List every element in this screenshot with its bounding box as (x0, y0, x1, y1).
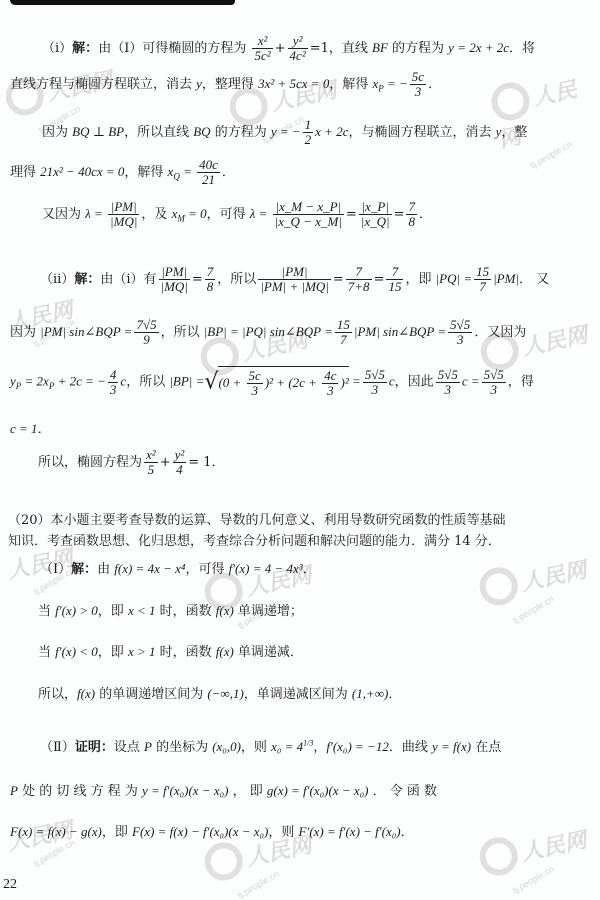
denominator: 5 (144, 463, 158, 477)
denominator: 8 (205, 280, 216, 294)
text: ．将 (509, 41, 535, 56)
math: f′(x₀) = −12 (326, 739, 388, 754)
operator: = (374, 272, 385, 287)
numerator: 15 (474, 265, 491, 280)
text: ．曲线 (389, 740, 432, 755)
watermark-circle-icon (476, 834, 521, 879)
denominator: 3 (448, 333, 472, 347)
math: BQ (193, 124, 210, 139)
fraction: 43 (108, 368, 119, 397)
problem-20-part-I-line-2: 当 f′(x) > 0，即 x < 1 时，函数 f(x) 单调递增； (38, 600, 303, 619)
problem-20-part-I-line-3: 当 f′(x) < 0，即 x > 1 时，函数 f(x) 单调递减． (38, 641, 303, 660)
subscript: M (177, 214, 185, 224)
text: 因为 (42, 125, 72, 140)
fraction: 78 (205, 265, 216, 294)
numerator: 7√5 (134, 318, 158, 333)
solution-ii-line-1: （ii）解：由（i）有|PM||MQ|=78，所以|PM||PM| + |MQ|… (40, 265, 549, 294)
problem-20-intro-line-1: （20）本小题主要考查导数的运算、导数的几何意义、利用导数研究函数的性质等基础 (8, 509, 506, 528)
watermark-logo: 人民网tj.people.cn (476, 819, 592, 888)
text: 直线方程与椭圆方程联立，消去 (10, 77, 196, 92)
math: = (349, 374, 361, 389)
math: λ = (85, 206, 106, 221)
text: ，整 (501, 125, 527, 140)
numerator: |PM| (159, 265, 190, 280)
math: P (144, 739, 152, 754)
numerator: 5√5 (363, 368, 387, 383)
denominator: 9 (134, 333, 158, 347)
math: BQ ⊥ BP (72, 124, 124, 139)
numerator: 7 (386, 265, 403, 280)
fraction: 715 (386, 265, 403, 294)
math: BF (372, 40, 388, 55)
math: = 2x (21, 374, 49, 389)
text: ，解得 (124, 165, 167, 180)
text: 的坐标为 (152, 740, 212, 755)
text: 由 (97, 562, 114, 577)
numerator: 15 (335, 318, 352, 333)
solution-i-line-4: 理得 21x² − 40cx = 0，解得 xQ = 40c21． (10, 158, 235, 187)
denominator: 7 (474, 280, 491, 294)
text: ，得 (508, 375, 534, 390)
fraction: 5c3 (410, 70, 426, 99)
operator: = (346, 207, 357, 222)
math: c = (462, 374, 480, 389)
text: 的方程为 (388, 41, 448, 56)
fraction: 12 (303, 118, 314, 147)
fraction: 5c3 (247, 369, 263, 398)
text: ， (313, 740, 326, 755)
math: |PQ| = (436, 271, 473, 286)
fraction: |PM||MQ| (108, 200, 139, 229)
math: f(x) (216, 644, 234, 659)
fraction: y²4 (173, 448, 187, 477)
problem-20-intro-line-2: 知识．考查函数思想、化归思想，考查综合分析问题和解决问题的能力．满分 14 分． (8, 530, 501, 549)
problem-20-part-II-line-2: P 处 的 切 线 方 程 为 y = f′(x₀)(x − x₀) ， 即 g… (10, 780, 437, 799)
watermark-circle-icon (201, 839, 246, 884)
math: f(x) = 4x − x⁴ (114, 561, 185, 576)
text: ，即 (98, 604, 128, 619)
text: 设点 (114, 740, 144, 755)
math: P (10, 783, 18, 798)
numerator: |x_M − x_P| (273, 200, 344, 215)
denominator: 3 (247, 384, 263, 398)
part-label: （i） (42, 41, 72, 56)
text: ，单调递减区间为 (244, 687, 352, 702)
math: f(x) (216, 603, 234, 618)
text: ，与椭圆方程联立，消去 (348, 125, 495, 140)
math: )² (340, 375, 348, 390)
text: ． (303, 562, 316, 577)
denominator: |MQ| (159, 280, 190, 294)
problem-20-part-II-line-3: F(x) = f(x) − g(x)，即 F(x) = f(x) − f′(x₀… (10, 821, 414, 840)
fraction: 77+8 (346, 265, 372, 294)
fraction: 78 (406, 200, 417, 229)
numerator: 4 (108, 368, 119, 383)
math: |PM| sin∠BQP = (354, 324, 446, 339)
math: (x₀,0) (212, 739, 241, 754)
numerator: |PM| (258, 265, 331, 280)
denominator: |MQ| (108, 215, 139, 229)
denominator: 5c² (252, 49, 272, 63)
fraction: |PM||PM| + |MQ| (258, 265, 331, 294)
numerator: y² (288, 34, 308, 49)
denominator: 3 (436, 383, 460, 397)
math: |PM| sin∠BQP = (40, 324, 132, 339)
denominator: 21 (197, 173, 220, 187)
text: 单调递减． (234, 645, 303, 660)
solution-i-line-5: 又因为 λ = |PM||MQ|，及 xM = 0，可得 λ = |x_M − … (42, 200, 432, 229)
math: f′(x) < 0 (55, 644, 98, 659)
text: ，所以 (126, 375, 169, 390)
solution-label: 解： (72, 41, 98, 56)
watermark-logo: 人民网tj.people.cn (476, 549, 592, 618)
problem-20-part-I-line-1: （Ⅰ）解：由 f(x) = 4x − x⁴，可得 f′(x) = 4 − 4x³… (40, 558, 316, 577)
text: 时，函数 (155, 645, 215, 660)
text: ，整理得 (202, 77, 258, 92)
math: = 0 (185, 206, 207, 221)
text: ，所以直线 (124, 125, 193, 140)
text: 时，函数 (155, 604, 215, 619)
text: ． (388, 687, 401, 702)
numerator: x² (252, 34, 272, 49)
fraction: |PM||MQ| (159, 265, 190, 294)
fraction: x²5 (144, 448, 158, 477)
math: |BP| = |PQ| sin∠BQP = (204, 324, 333, 339)
part-label: （Ⅰ） (40, 562, 71, 577)
text: 单调递增； (234, 604, 303, 619)
solution-i-line-3: 因为 BQ ⊥ BP，所以直线 BQ 的方程为 y = −12x + 2c，与椭… (42, 118, 527, 147)
solution-ii-line-3: yP = 2xP + 2c = −43c，所以 |BP| =√(0 + 5c3)… (10, 366, 534, 398)
math: y = − (271, 124, 301, 139)
denominator: 7 (335, 333, 352, 347)
numerator: 5√5 (448, 318, 472, 333)
operator: + (275, 41, 286, 56)
numerator: |PM| (108, 200, 139, 215)
text: ． (401, 825, 414, 840)
denominator: 3 (482, 383, 506, 397)
math: |BP| = (169, 374, 204, 389)
math: + 2c = − (54, 374, 106, 389)
text: 由（Ⅰ）可得椭圆的方程为 (98, 41, 246, 56)
numerator: 1 (303, 118, 314, 133)
denominator: |x_Q| (359, 215, 392, 229)
fraction: 5√53 (363, 368, 387, 397)
math: x > 1 (128, 644, 156, 659)
text: ， 即 (228, 784, 266, 799)
fraction: 5√53 (436, 368, 460, 397)
fraction: 40c21 (197, 158, 220, 187)
math: 3x² + 5cx = 0 (258, 76, 329, 91)
numerator: y² (173, 448, 187, 463)
text: ． 令 函 数 (368, 784, 437, 799)
denominator: 3 (410, 85, 426, 99)
text: ，可得 (185, 562, 228, 577)
fraction: y²4c² (288, 34, 308, 63)
denominator: 3 (322, 384, 338, 398)
numerator: 5c (410, 70, 426, 85)
math: F′(x) = f′(x) − f′(x₀) (299, 824, 401, 839)
fraction: |x_M − x_P||x_Q − x_M| (273, 200, 344, 229)
text: 理得 (10, 165, 40, 180)
text: ，所以 (161, 325, 204, 340)
math: (−∞,1) (207, 686, 243, 701)
math: = (180, 164, 195, 179)
fraction: 5√53 (482, 368, 506, 397)
math: y = 2x + 2c (448, 40, 509, 55)
text: 的方程为 (211, 125, 271, 140)
text: ． (222, 165, 235, 180)
solution-i-line-1: （i）解：由（Ⅰ）可得椭圆的方程为 x²5c²+y²4c²=1，直线 BF 的方… (42, 34, 535, 63)
denominator: 7+8 (346, 280, 372, 294)
text: ，则 (268, 825, 298, 840)
text: 当 (38, 604, 55, 619)
math: x < 1 (128, 603, 156, 618)
math: x₀ = 4 (271, 739, 303, 754)
sqrt-icon: √ (204, 370, 218, 395)
denominator: 8 (406, 215, 417, 229)
denominator: 15 (386, 280, 403, 294)
fraction: |x_P||x_Q| (359, 200, 392, 229)
exponent: 1/3 (303, 739, 313, 748)
fraction: 7√59 (134, 318, 158, 347)
numerator: |x_P| (359, 200, 392, 215)
math: )² + (2c + (265, 375, 320, 390)
part-label: （ii） (40, 272, 74, 287)
math: (0 + (218, 375, 244, 390)
text: 由（i）有 (100, 272, 156, 287)
radicand: (0 + 5c3)² + (2c + 4c3)² (218, 366, 348, 398)
numerator: 5√5 (482, 368, 506, 383)
text: ． (419, 207, 432, 222)
operator: + (160, 455, 171, 470)
numerator: 5c (247, 369, 263, 384)
text: ，可得 (207, 207, 250, 222)
numerator: 7 (205, 265, 216, 280)
problem-20-part-I-line-4: 所以，f(x) 的单调递增区间为 (−∞,1)，单调递减区间为 (1,+∞)． (38, 683, 401, 702)
operator: = (394, 207, 405, 222)
denominator: 3 (363, 383, 387, 397)
math: g(x) = f′(x₀)(x − x₀) (267, 783, 369, 798)
part-label: （Ⅱ） (40, 740, 75, 755)
math: y = f′(x₀)(x − x₀) (142, 783, 228, 798)
numerator: 5√5 (436, 368, 460, 383)
watermark-logo: 人民网tj.people.cn (488, 65, 600, 164)
denominator: 2 (303, 133, 314, 147)
text: ，所以 (217, 272, 256, 287)
math: (1,+∞) (352, 686, 388, 701)
text: 在点 (471, 740, 501, 755)
watermark-circle-icon (476, 564, 521, 609)
denominator: 4c² (288, 49, 308, 63)
text: 处 的 切 线 方 程 为 (18, 784, 142, 799)
text: 又因为 (42, 207, 85, 222)
numerator: 7 (346, 265, 372, 280)
math: f(x) (77, 686, 95, 701)
denominator: |x_Q − x_M| (273, 215, 344, 229)
text: = 1． (188, 455, 224, 470)
text: =1，直线 (310, 41, 372, 56)
text: ，则 (241, 740, 271, 755)
proof-label: 证明： (75, 740, 114, 755)
fraction: 157 (474, 265, 491, 294)
operator: = (192, 272, 203, 287)
math: F(x) = f(x) − g(x) (10, 824, 102, 839)
math: λ = (250, 206, 271, 221)
operator: = (333, 272, 344, 287)
math: f′(x) = 4 − 4x³ (229, 561, 303, 576)
text: ，即 (102, 825, 132, 840)
fraction: 157 (335, 318, 352, 347)
numerator: 4c (322, 369, 338, 384)
math: F(x) = f(x) − f′(x₀)(x − x₀) (132, 824, 268, 839)
problem-20-part-II-line-1: （Ⅱ）证明：设点 P 的坐标为 (x₀,0)，则 x₀ = 41/3，f′(x₀… (40, 736, 501, 755)
numerator: 7 (406, 200, 417, 215)
text: 的单调递增区间为 (95, 687, 207, 702)
solution-i-line-2: 直线方程与椭圆方程联立，消去 y，整理得 3x² + 5cx = 0，解得 xP… (10, 70, 441, 99)
text: ，及 (141, 207, 171, 222)
solution-ii-line-4: c = 1． (10, 418, 51, 437)
math: |PM| (493, 271, 519, 286)
page-number: 22 (3, 877, 17, 893)
text: ，因此 (395, 375, 434, 390)
text: 所以， (38, 687, 77, 702)
text: 当 (38, 645, 55, 660)
fraction: 4c3 (322, 369, 338, 398)
text: 因为 (10, 325, 40, 340)
denominator: |PM| + |MQ| (258, 280, 331, 294)
math: y = f(x) (432, 739, 471, 754)
denominator: 3 (108, 383, 119, 397)
text: ． 又 (519, 272, 549, 287)
numerator: x² (144, 448, 158, 463)
math: 21x² − 40cx = 0 (40, 164, 124, 179)
math: f′(x) > 0 (55, 603, 98, 618)
solution-ii-line-2: 因为 |PM| sin∠BQP =7√59，所以 |BP| = |PQ| sin… (10, 318, 526, 347)
text: ． (428, 77, 441, 92)
text: ，即 (405, 272, 435, 287)
text: ，即 (98, 645, 128, 660)
solution-label: 解： (74, 272, 100, 287)
text: ，解得 (329, 77, 372, 92)
solution-ii-line-5: 所以，椭圆方程为x²5+y²4= 1． (38, 448, 225, 477)
solution-label: 解： (71, 562, 97, 577)
denominator: 4 (173, 463, 187, 477)
fraction: x²5c² (252, 34, 272, 63)
top-border-bar (10, 0, 235, 5)
fraction: 5√53 (448, 318, 472, 347)
text: 所以，椭圆方程为 (38, 455, 142, 470)
math: x + 2c (315, 124, 348, 139)
numerator: 40c (197, 158, 220, 173)
math: = − (384, 76, 408, 91)
text: ．又因为 (474, 325, 526, 340)
